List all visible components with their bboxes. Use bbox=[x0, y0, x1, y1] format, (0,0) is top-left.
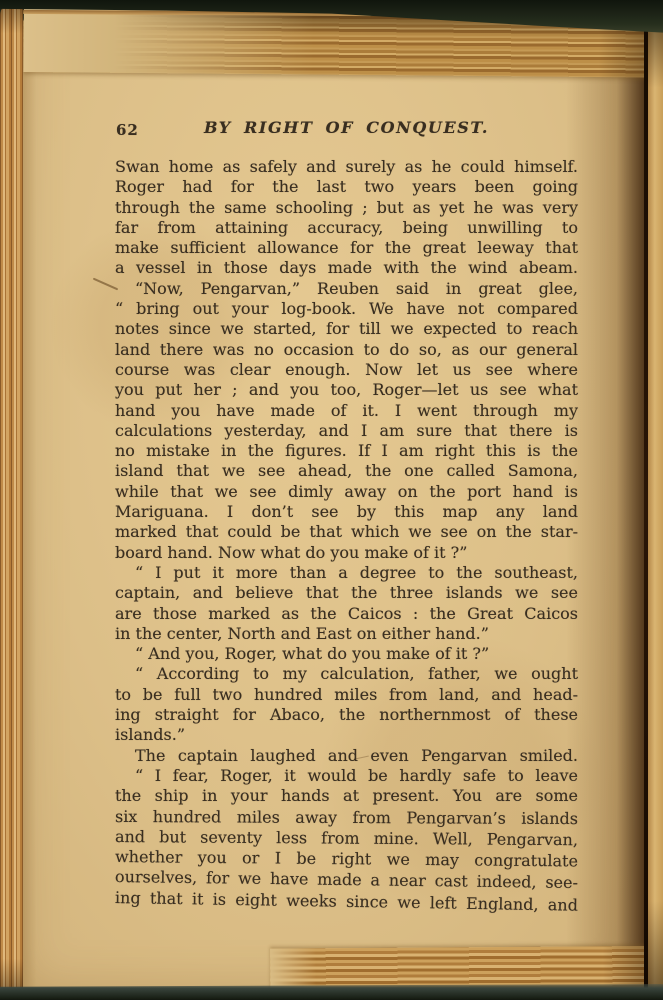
text-line: “Now, Pengarvan,” Reuben said in great g… bbox=[115, 279, 578, 299]
text-line: hand you have made of it. I went through… bbox=[115, 401, 578, 421]
text-line: calculations yesterday, and I am sure th… bbox=[115, 421, 578, 441]
text-line: to be full two hundred miles from land, … bbox=[115, 685, 578, 705]
text-line: far from attaining accuracy, being unwil… bbox=[115, 218, 578, 238]
page-edge-stripes-left bbox=[0, 4, 23, 988]
text-line: make sufficient allowance for the great … bbox=[115, 238, 578, 258]
text-line: Mariguana. I don’t see by this map any l… bbox=[115, 502, 578, 522]
text-line: ing straight for Abaco, the northernmost… bbox=[115, 705, 578, 725]
text-block: 62 BY RIGHT OF CONQUEST. Swan home as sa… bbox=[115, 118, 578, 908]
text-line: through the same schooling ; but as yet … bbox=[115, 198, 578, 218]
text-line: Roger had for the last two years been go… bbox=[115, 177, 578, 197]
text-line: Swan home as safely and surely as he cou… bbox=[115, 157, 578, 177]
text-line: course was clear enough. Now let us see … bbox=[115, 360, 578, 380]
body-text: Swan home as safely and surely as he cou… bbox=[115, 157, 578, 908]
text-line: while that we see dimly away on the port… bbox=[115, 482, 578, 502]
book-scan: 62 BY RIGHT OF CONQUEST. Swan home as sa… bbox=[0, 0, 663, 1000]
text-line: a vessel in those days made with the win… bbox=[115, 258, 578, 278]
text-line: land there was no occasion to do so, as … bbox=[115, 340, 578, 360]
text-line: island that we see ahead, the one called… bbox=[115, 461, 578, 481]
running-header: 62 BY RIGHT OF CONQUEST. bbox=[115, 118, 578, 140]
text-line: six hundred miles away from Pengarvan’s … bbox=[115, 807, 578, 829]
text-line: “ I fear, Roger, it would be hardly safe… bbox=[115, 766, 578, 786]
text-line: are those marked as the Caicos : the Gre… bbox=[115, 604, 578, 624]
text-line: no mistake in the figures. If I am right… bbox=[115, 441, 578, 461]
next-page-edge bbox=[648, 20, 663, 988]
text-line: in the center, North and East on either … bbox=[115, 624, 578, 644]
text-line: “ I put it more than a degree to the sou… bbox=[115, 563, 578, 583]
text-line: the ship in your hands at present. You a… bbox=[115, 786, 578, 806]
text-line: notes since we started, for till we expe… bbox=[115, 319, 578, 339]
page-number: 62 bbox=[116, 121, 139, 139]
text-line: “ According to my calculation, father, w… bbox=[115, 664, 578, 684]
text-line: captain, and believe that the three isla… bbox=[115, 583, 578, 603]
text-line: The captain laughed and even Pengarvan s… bbox=[115, 746, 578, 766]
text-line: “ And you, Roger, what do you make of it… bbox=[115, 644, 578, 664]
text-line: “ bring out your log-book. We have not c… bbox=[115, 299, 578, 319]
text-line: board hand. Now what do you make of it ?… bbox=[115, 543, 578, 563]
text-line: marked that could be that which we see o… bbox=[115, 522, 578, 542]
running-title: BY RIGHT OF CONQUEST. bbox=[115, 118, 578, 137]
text-line: islands.” bbox=[115, 725, 578, 745]
text-line: you put her ; and you too, Roger—let us … bbox=[115, 380, 578, 400]
